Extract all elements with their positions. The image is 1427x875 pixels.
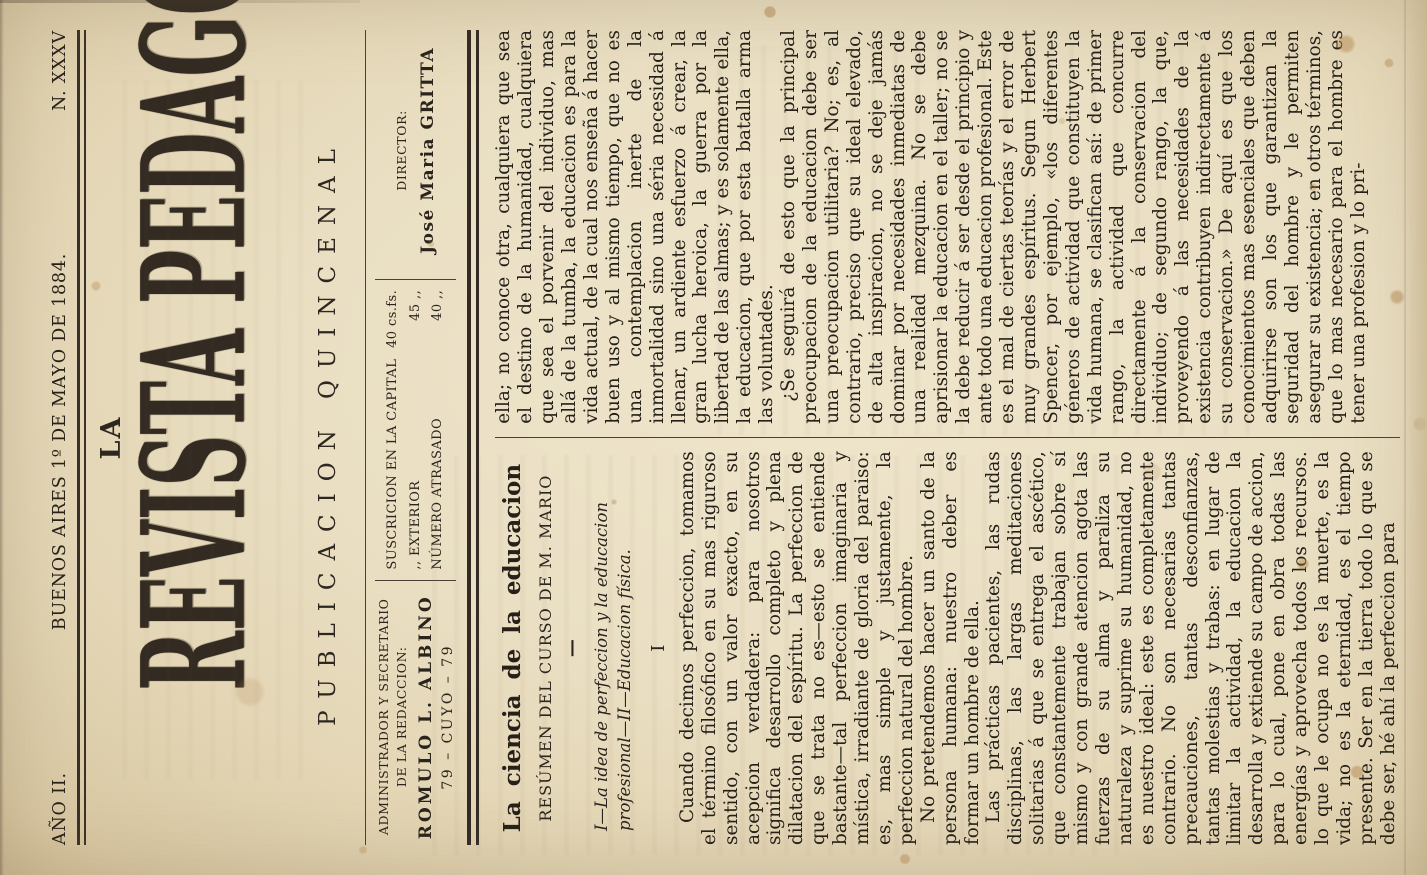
paragraph: Cuando decimos perfeccion, tomamos el té… xyxy=(677,451,918,845)
administrator-cell: ADMINISTRADOR Y SECRETARIO DE LA REDACCI… xyxy=(375,581,456,845)
newspaper-page-rotated: AÑO II. BUENOS AIRES 1º DE MAYO DE 1884.… xyxy=(0,0,1427,875)
article-toc-line: I—La idea de perfeccion y la educacion p… xyxy=(591,453,636,831)
director-cell: DIRECTOR: José Maria GRITTA xyxy=(375,30,456,279)
section-number: I xyxy=(648,451,669,845)
admin-role-line1: ADMINISTRADOR Y SECRETARIO xyxy=(375,589,393,845)
subscription-label: NÚMERO ATRASADO xyxy=(427,418,449,570)
administrator-address: 79 – CUYO – 79 xyxy=(440,589,456,845)
article-column-2: ella; no conoce otra, cualquiera que sea… xyxy=(493,30,1399,424)
paragraph: No pretendemos hacer un santo de la pers… xyxy=(918,451,984,845)
masthead-title: REVISTA PEDAGOGICA xyxy=(123,0,265,691)
article-title: La ciencia de la educacion xyxy=(499,451,526,845)
subscription-price: 40 ,, xyxy=(427,290,449,321)
subscription-row-atrasado: NÚMERO ATRASADO 40 ,, xyxy=(427,290,449,570)
page-header-line: AÑO II. BUENOS AIRES 1º DE MAYO DE 1884.… xyxy=(50,30,70,845)
subscription-row-capital: SUSCRICION EN LA CAPITAL 40 cs.fs. xyxy=(382,290,404,570)
year-label: AÑO II. xyxy=(50,772,70,845)
subscription-label: SUSCRICION EN LA CAPITAL xyxy=(382,359,404,570)
header-double-rule xyxy=(77,30,86,845)
paragraph: ¿Se seguirá de esto que la principal pre… xyxy=(778,30,1369,424)
paragraph: ella; no conoce otra, cualquiera que sea… xyxy=(493,30,778,424)
column-divider-rule xyxy=(495,437,1399,439)
issue-number-label: N. XXXV xyxy=(50,30,70,111)
subscription-row-exterior: ,, EXTERIOR 45 ,, xyxy=(405,290,427,570)
article-divider-dash: — xyxy=(563,451,581,845)
subscription-cell: SUSCRICION EN LA CAPITAL 40 cs.fs. ,, EX… xyxy=(375,279,456,581)
article-subtitle: RESÚMEN DEL CURSO DE M. MARIO xyxy=(536,451,555,845)
subscription-price: 40 cs.fs. xyxy=(382,290,404,348)
masthead-subtitle: PUBLICACION QUINCENAL xyxy=(315,0,341,875)
admin-role-line2: DE LA REDACCION: xyxy=(393,589,411,845)
paragraph: Las prácticas pacientes, las rudas disci… xyxy=(983,451,1399,845)
director-label: DIRECTOR: xyxy=(393,30,411,271)
scanned-newspaper-page: AÑO II. BUENOS AIRES 1º DE MAYO DE 1884.… xyxy=(0,0,1427,875)
subscription-price: 45 ,, xyxy=(405,290,427,321)
date-label: BUENOS AIRES 1º DE MAYO DE 1884. xyxy=(50,253,70,630)
article-body: La ciencia de la educacion RESÚMEN DEL C… xyxy=(493,30,1399,845)
director-name: José Maria GRITTA xyxy=(418,30,438,271)
info-row-bottom-double-rule xyxy=(467,30,479,845)
subscription-label: ,, EXTERIOR xyxy=(405,481,427,570)
masthead: REVISTA PEDAGOGICA xyxy=(123,0,271,875)
article-column-1: La ciencia de la educacion RESÚMEN DEL C… xyxy=(493,451,1399,845)
administrator-name: ROMULO L. ALBINO xyxy=(416,589,436,845)
imprint-info-row: ADMINISTRADOR Y SECRETARIO DE LA REDACCI… xyxy=(366,30,466,845)
